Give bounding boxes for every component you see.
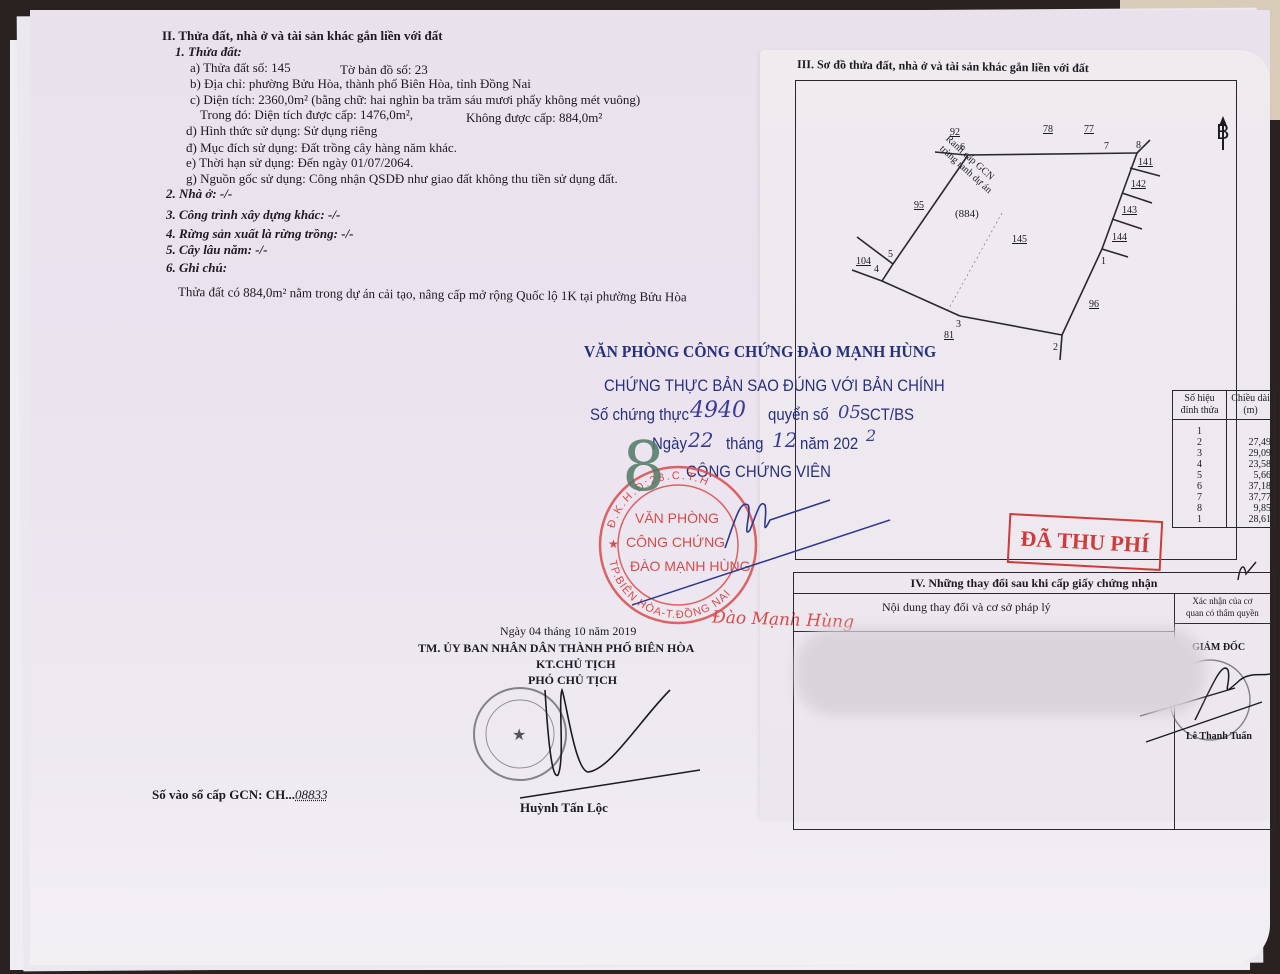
- seal-line: VĂN PHÒNG: [635, 510, 719, 526]
- vertex-cell: 5: [1173, 470, 1227, 481]
- year-label: năm 202: [800, 434, 858, 454]
- vertex-cell: 7: [1173, 492, 1227, 503]
- notary-office-name: VĂN PHÒNG CÔNG CHỨNG ĐÀO MẠNH HÙNG: [584, 342, 936, 362]
- table-header-vertex: Số hiệu đỉnh thửa: [1173, 391, 1227, 420]
- neighbor-label: 95: [914, 198, 924, 214]
- cert-number-label: Số chứng thực: [590, 405, 689, 425]
- day-value: 22: [688, 428, 713, 452]
- issue-date: Ngày 04 tháng 10 năm 2019: [500, 623, 636, 639]
- vertex-cell: 8: [1173, 503, 1227, 514]
- vertex-cell: 3: [1173, 448, 1227, 459]
- changes-column-header: Nội dung thay đổi và cơ sở pháp lý: [882, 599, 1051, 615]
- neighbor-label: 143: [1122, 203, 1137, 219]
- vertex-label: 8: [1136, 138, 1141, 154]
- vertex-cell: 1: [1173, 514, 1227, 528]
- seal-line: CÔNG CHỨNG: [626, 534, 725, 550]
- issuing-authority: TM. ỦY BAN NHÂN DÂN THÀNH PHỐ BIÊN HÒA: [418, 640, 694, 656]
- signer-name: Huỳnh Tấn Lộc: [520, 800, 608, 816]
- length-cell: 28,61: [1227, 514, 1275, 528]
- table-row: 89,85: [1173, 503, 1275, 514]
- length-cell: 37,77: [1227, 492, 1275, 503]
- month-value: 12: [772, 428, 797, 452]
- signer-role-1: KT.CHỦ TỊCH: [536, 656, 616, 672]
- vertex-label: 2: [1053, 340, 1058, 356]
- table-header-length: Chiều dài (m): [1227, 391, 1275, 420]
- notary-certify-text: CHỨNG THỰC BẢN SAO ĐÚNG VỚI BẢN CHÍNH: [604, 376, 945, 396]
- vertex-label: 5: [888, 247, 893, 263]
- neighbor-label: 96: [1089, 297, 1099, 313]
- confirmation-column-header: Xác nhận của cơ quan có thẩm quyền: [1186, 595, 1259, 619]
- vertex-cell: 2: [1173, 437, 1227, 448]
- table-row: 737,77: [1173, 492, 1275, 503]
- vertex-label: 4: [874, 262, 879, 278]
- seal-line: ĐÀO MẠNH HÙNG: [630, 558, 751, 574]
- month-label: tháng: [726, 434, 763, 454]
- vertex-cell: 4: [1173, 459, 1227, 470]
- table-row: 55,66: [1173, 470, 1275, 481]
- neighbor-label: 142: [1131, 177, 1146, 193]
- fee-paid-stamp: ĐÃ THU PHÍ: [1007, 513, 1163, 571]
- length-cell: 29,09: [1227, 448, 1275, 459]
- vertex-label: 7: [1104, 139, 1109, 155]
- neighbor-label: 144: [1112, 230, 1127, 246]
- handwritten-mark: 8: [622, 434, 665, 502]
- vertex-length-table: Số hiệu đỉnh thửa Chiều dài (m) 1227,493…: [1172, 390, 1275, 528]
- length-cell: 23,58: [1227, 459, 1275, 470]
- neighbor-label: 77: [1084, 122, 1094, 138]
- neighbor-label: 141: [1138, 155, 1153, 171]
- book-number: 05: [838, 402, 861, 423]
- registry-number: Số vào sổ cấp GCN: CH...08833: [152, 787, 328, 803]
- neighbor-label: 78: [1043, 122, 1053, 138]
- vertex-label: 1: [1101, 254, 1106, 270]
- excluded-area-label: (884): [955, 206, 979, 222]
- table-row: 128,61: [1173, 514, 1275, 528]
- redacted-region: [795, 628, 1205, 716]
- vertex-cell: 1: [1173, 420, 1227, 438]
- section-iv-title: IV. Những thay đổi sau khi cấp giấy chứn…: [794, 573, 1274, 594]
- parcel-label: 145: [1012, 232, 1027, 248]
- length-cell: 37,18: [1227, 481, 1275, 492]
- year-handwritten: 2: [866, 426, 876, 445]
- book-label: quyển số: [768, 405, 829, 425]
- notary-title: CÔNG CHỨNG VIÊN: [686, 462, 831, 482]
- vertex-cell: 6: [1173, 481, 1227, 492]
- neighbor-label: 104: [856, 254, 871, 270]
- neighbor-label: 81: [944, 328, 954, 344]
- cert-number: 4940: [690, 398, 746, 423]
- length-cell: [1227, 420, 1275, 438]
- vertex-label: 6: [960, 140, 965, 156]
- length-cell: 9,85: [1227, 503, 1275, 514]
- neighbor-label: 92: [950, 125, 960, 141]
- book-suffix: SCT/BS: [860, 405, 914, 425]
- length-cell: 27,49: [1227, 437, 1275, 448]
- length-cell: 5,66: [1227, 470, 1275, 481]
- table-row: 227,49: [1173, 437, 1275, 448]
- table-row: 329,09: [1173, 448, 1275, 459]
- signer-role-2: PHÓ CHỦ TỊCH: [528, 672, 617, 688]
- table-row: 1: [1173, 420, 1275, 438]
- table-row: 423,58: [1173, 459, 1275, 470]
- north-arrow-icon: B: [1216, 124, 1230, 140]
- confirm-signer: Lê Thanh Tuấn: [1186, 729, 1252, 745]
- vertex-label: 3: [956, 317, 961, 333]
- table-row: 637,18: [1173, 481, 1275, 492]
